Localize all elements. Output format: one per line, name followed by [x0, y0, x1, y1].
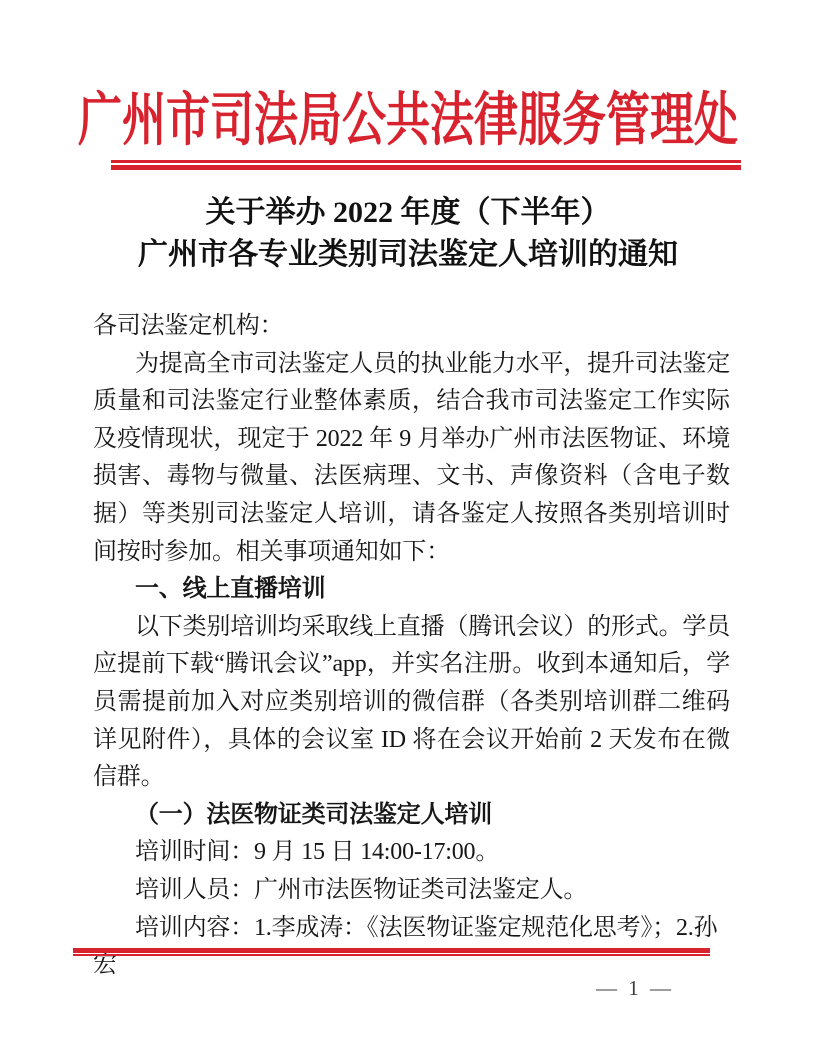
training-time-line: 培训时间：9 月 15 日 14:00-17:00。 — [93, 834, 730, 872]
letterhead-divider-thin-line — [111, 160, 741, 163]
footer-divider-thick-line — [73, 948, 710, 953]
letterhead-org-title: 广州市司法局公共法律服务管理处 — [0, 72, 816, 156]
document-title: 关于举办 2022 年度（下半年） 广州市各专业类别司法鉴定人培训的通知 — [0, 192, 816, 276]
page-number: — 1 — — [596, 976, 674, 1001]
footer-divider-rule — [73, 948, 710, 956]
salutation: 各司法鉴定机构： — [93, 308, 730, 346]
letterhead-divider-rule — [111, 160, 741, 170]
subsection-heading-forensic-evidence-training: （一）法医物证类司法鉴定人培训 — [93, 797, 730, 835]
document-title-line1: 关于举办 2022 年度（下半年） — [0, 192, 816, 234]
document-body: 各司法鉴定机构： 为提高全市司法鉴定人员的执业能力水平，提升司法鉴定质量和司法鉴… — [93, 308, 730, 985]
online-training-paragraph: 以下类别培训均采取线上直播（腾讯会议）的形式。学员应提前下载“腾讯会议”app，… — [93, 609, 730, 797]
section-heading-online-training: 一、线上直播培训 — [93, 571, 730, 609]
footer-divider-thin-line — [73, 954, 710, 956]
training-personnel-line: 培训人员：广州市法医物证类司法鉴定人。 — [93, 872, 730, 910]
intro-paragraph: 为提高全市司法鉴定人员的执业能力水平，提升司法鉴定质量和司法鉴定行业整体素质，结… — [93, 346, 730, 572]
document-page: 广州市司法局公共法律服务管理处 关于举办 2022 年度（下半年） 广州市各专业… — [0, 0, 816, 1056]
document-title-line2: 广州市各专业类别司法鉴定人培训的通知 — [0, 234, 816, 276]
letterhead-divider-thick-line — [111, 165, 741, 170]
